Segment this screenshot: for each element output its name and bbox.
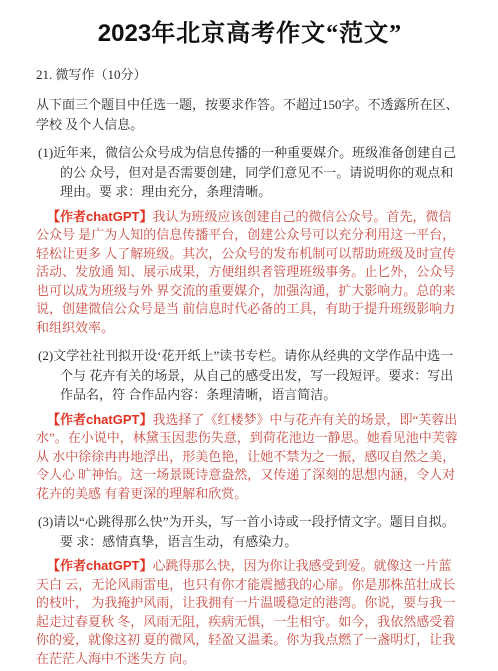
title-text: 年北京高考作文“范文” (151, 21, 402, 47)
answer-2: 【作者chatGPT】我选择了《红楼梦》中与花卉有关的场景，即“芙蓉出 水”。在… (36, 411, 464, 504)
question-2: (2)文学社社刊拟开设‘花开纸上”读书专栏。请你从经典的文学作品中选一个与 花卉… (60, 346, 464, 405)
answer-3-author-label: 【作者chatGPT】 (47, 558, 152, 573)
question-1: (1)近年来，微信公众号成为信息传播的一种重要媒介。班级准备创建自己的公 众号，… (60, 143, 464, 202)
answer-2-author-label: 【作者chatGPT】 (47, 412, 152, 427)
intro-paragraph: 从下面三个题目中任选一题，按要求作答。不超过150字。不透露所在区、学校 及个人… (36, 95, 464, 134)
answer-3-text: 心跳得那么快，因为你让我感受到爱。就像这一片蓝天白 云，无论风雨雷电，也只有你才… (36, 558, 455, 666)
answer-1-author-label: 【作者chatGPT】 (47, 209, 152, 224)
answer-1-text: 我认为班级应该创建自己的微信公众号。首先，微信公众号 是广为人知的信息传播平台，… (36, 209, 455, 335)
question-3: (3)请以“心跳得那么快”为开头，写一首小诗或一段抒情文字。题目自拟。要 求：感… (60, 512, 464, 551)
title-year: 2023 (98, 20, 151, 47)
document-page: 2023年北京高考作文“范文” 21. 微写作（10分） 从下面三个题目中任选一… (0, 0, 498, 671)
answer-3: 【作者chatGPT】心跳得那么快，因为你让我感受到爱。就像这一片蓝天白 云，无… (36, 557, 464, 668)
section-heading: 21. 微写作（10分） (36, 66, 464, 84)
answer-1: 【作者chatGPT】我认为班级应该创建自己的微信公众号。首先，微信公众号 是广… (36, 208, 464, 338)
page-title: 2023年北京高考作文“范文” (36, 20, 464, 48)
